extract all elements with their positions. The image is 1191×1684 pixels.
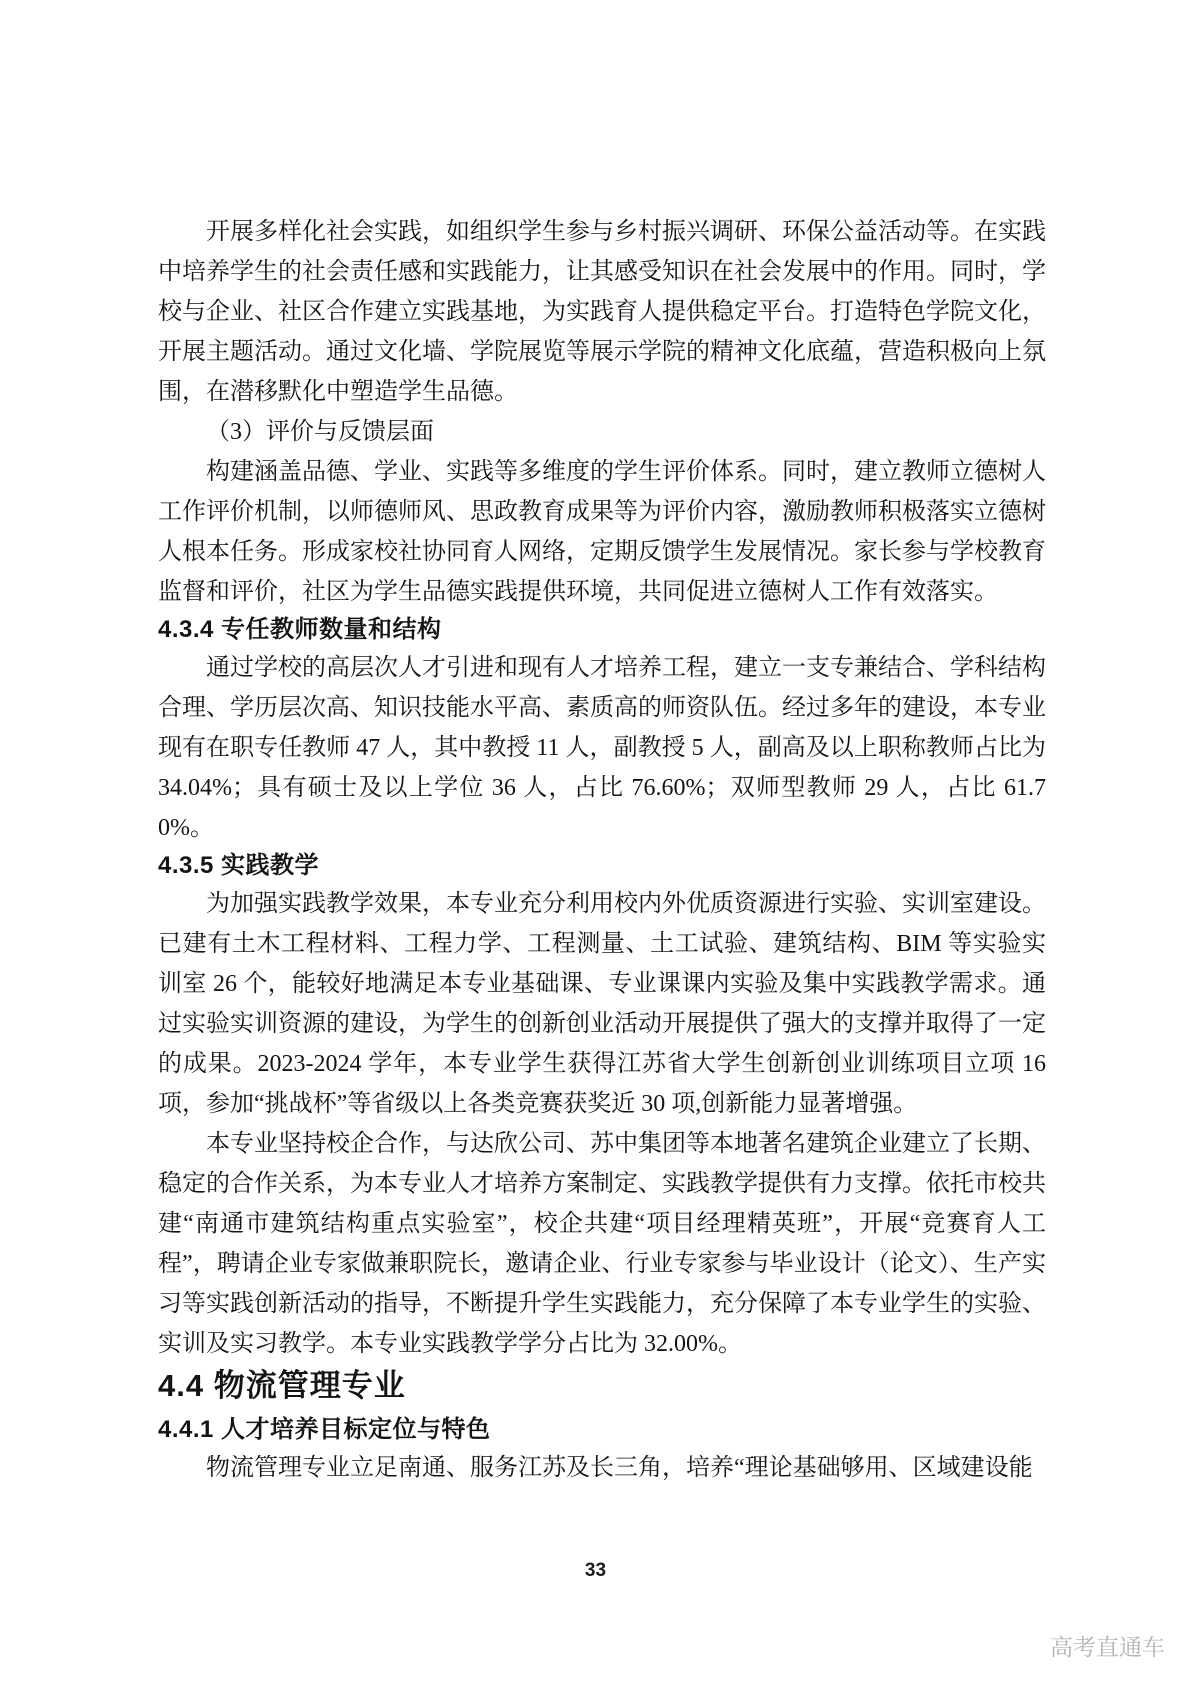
document-body: 开展多样化社会实践，如组织学生参与乡村振兴调研、环保公益活动等。在实践中培养学生… [158, 212, 1046, 1488]
paragraph-school-enterprise-cooperation: 本专业坚持校企合作，与达欣公司、苏中集团等本地著名建筑企业建立了长期、稳定的合作… [158, 1124, 1046, 1364]
list-item-evaluation-feedback: （3）评价与反馈层面 [158, 412, 1046, 452]
paragraph-practice-teaching: 为加强实践教学效果，本专业充分利用校内外优质资源进行实验、实训室建设。已建有土木… [158, 884, 1046, 1124]
paragraph-logistics-intro: 物流管理专业立足南通、服务江苏及长三角，培养“理论基础够用、区域建设能 [158, 1448, 1046, 1488]
paragraph-evaluation-system: 构建涵盖品德、学业、实践等多维度的学生评价体系。同时，建立教师立德树人工作评价机… [158, 452, 1046, 612]
heading-4-4-1-training-goals: 4.4.1 人才培养目标定位与特色 [158, 1412, 1046, 1448]
document-page: 开展多样化社会实践，如组织学生参与乡村振兴调研、环保公益活动等。在实践中培养学生… [0, 0, 1191, 1684]
watermark: 高考直通车 [1050, 1629, 1165, 1662]
heading-4-3-5-practice-teaching: 4.3.5 实践教学 [158, 848, 1046, 884]
heading-4-3-4-teacher-structure: 4.3.4 专任教师数量和结构 [158, 612, 1046, 648]
page-number: 33 [0, 1560, 1191, 1582]
heading-4-4-logistics-major: 4.4 物流管理专业 [158, 1364, 1046, 1408]
paragraph-teacher-numbers: 通过学校的高层次人才引进和现有人才培养工程，建立一支专兼结合、学科结构合理、学历… [158, 648, 1046, 848]
paragraph-social-practice: 开展多样化社会实践，如组织学生参与乡村振兴调研、环保公益活动等。在实践中培养学生… [158, 212, 1046, 412]
